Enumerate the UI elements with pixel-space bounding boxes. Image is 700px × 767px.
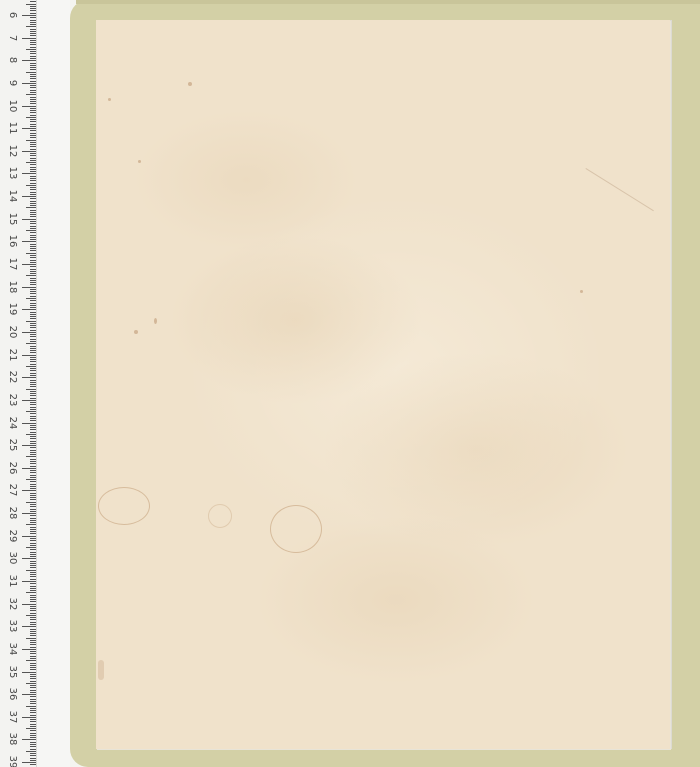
foxing-spot xyxy=(580,290,583,293)
ruler-tick xyxy=(30,282,36,283)
ruler-tick xyxy=(30,690,36,691)
ruler-tick xyxy=(22,490,36,491)
ruler-tick xyxy=(30,472,36,473)
mat-top-edge xyxy=(76,0,700,4)
ruler-tick xyxy=(22,151,36,152)
ruler-tick xyxy=(30,470,36,471)
ruler-tick xyxy=(30,436,36,437)
ruler-tick xyxy=(30,63,36,64)
ruler-tick xyxy=(30,493,36,494)
ruler-tick xyxy=(30,642,36,643)
ruler-label: 12 xyxy=(7,141,17,161)
ruler-tick xyxy=(30,572,36,573)
ruler-tick xyxy=(22,196,36,197)
ruler-tick xyxy=(30,735,36,736)
ruler-tick xyxy=(30,749,36,750)
ruler-tick xyxy=(30,635,36,636)
ruler-tick xyxy=(30,760,36,761)
ruler-tick xyxy=(30,33,36,34)
ruler-tick xyxy=(26,434,36,435)
ruler-tick xyxy=(22,558,36,559)
ruler-tick xyxy=(30,438,36,439)
ruler-tick xyxy=(30,135,36,136)
ruler-tick xyxy=(30,262,36,263)
ruler-tick xyxy=(22,355,36,356)
ruler-tick xyxy=(30,696,36,697)
ruler-tick xyxy=(30,352,36,353)
ruler-tick xyxy=(30,266,36,267)
ruler-label: 30 xyxy=(7,548,17,568)
ruler-tick xyxy=(30,164,36,165)
foxing-spot xyxy=(188,82,192,86)
ruler-label: 39 xyxy=(7,752,17,767)
ruler-tick xyxy=(30,708,36,709)
ruler-tick xyxy=(30,158,36,159)
ruler-tick xyxy=(30,325,36,326)
ruler-tick xyxy=(26,162,36,163)
ruler-label: 20 xyxy=(7,322,17,342)
ruler-tick xyxy=(30,463,36,464)
ruler-tick xyxy=(30,540,36,541)
ruler-label: 33 xyxy=(7,616,17,636)
ruler-tick xyxy=(30,246,36,247)
ruler-tick xyxy=(30,81,36,82)
ruler-tick xyxy=(30,1,36,2)
ruler-tick xyxy=(22,400,36,401)
ruler-tick xyxy=(30,710,36,711)
ruler-tick xyxy=(30,171,36,172)
ruler-tick xyxy=(30,601,36,602)
ruler-tick xyxy=(22,264,36,265)
ruler-tick xyxy=(26,592,36,593)
ruler-tick xyxy=(30,115,36,116)
ruler-tick xyxy=(30,699,36,700)
ruler-tick xyxy=(30,237,36,238)
ruler-tick xyxy=(30,40,36,41)
ruler-tick xyxy=(30,758,36,759)
ruler-tick xyxy=(22,762,36,763)
ruler-tick xyxy=(22,739,36,740)
ruler-tick xyxy=(30,531,36,532)
ruler-tick xyxy=(30,194,36,195)
ruler-tick xyxy=(30,687,36,688)
ruler-tick xyxy=(26,479,36,480)
ruler-tick xyxy=(30,271,36,272)
ruler-tick xyxy=(30,291,36,292)
ruler-tick xyxy=(22,626,36,627)
ruler-tick xyxy=(30,108,36,109)
ruler-tick xyxy=(30,201,36,202)
ruler-tick xyxy=(30,504,36,505)
ruler-tick xyxy=(30,755,36,756)
ruler-tick xyxy=(30,644,36,645)
ruler-tick xyxy=(30,452,36,453)
ruler-tick xyxy=(30,149,36,150)
ruler-tick xyxy=(30,441,36,442)
ruler-tick xyxy=(30,658,36,659)
ruler-tick xyxy=(30,484,36,485)
ruler-tick xyxy=(30,232,36,233)
ruler-tick xyxy=(30,312,36,313)
ruler-tick xyxy=(30,398,36,399)
ruler-tick xyxy=(30,260,36,261)
ruler-tick xyxy=(30,307,36,308)
ruler-tick xyxy=(30,189,36,190)
ruler-tick xyxy=(30,78,36,79)
water-stain-ring xyxy=(98,487,150,525)
ruler-tick xyxy=(30,459,36,460)
ruler-tick xyxy=(30,269,36,270)
ruler-tick xyxy=(30,214,36,215)
ruler-tick xyxy=(30,336,36,337)
ruler-tick xyxy=(22,377,36,378)
ruler-tick xyxy=(26,547,36,548)
measuring-ruler: 6789101112131415161718192021222324252627… xyxy=(0,0,37,767)
ruler-tick xyxy=(30,144,36,145)
ruler-tick xyxy=(30,529,36,530)
ruler-tick xyxy=(26,638,36,639)
ruler-tick xyxy=(30,764,36,765)
ruler-tick xyxy=(30,226,36,227)
ruler-tick xyxy=(26,298,36,299)
ruler-label: 6 xyxy=(7,5,17,25)
ruler-tick xyxy=(30,169,36,170)
ruler-tick xyxy=(30,692,36,693)
ruler-tick xyxy=(30,545,36,546)
foxing-spot xyxy=(138,160,141,163)
foxing-spot xyxy=(134,330,138,334)
ruler-tick xyxy=(30,273,36,274)
ruler-tick xyxy=(30,574,36,575)
ruler-tick xyxy=(30,300,36,301)
ruler-tick xyxy=(30,497,36,498)
ruler-tick xyxy=(30,404,36,405)
ruler-tick xyxy=(30,330,36,331)
ruler-tick xyxy=(30,155,36,156)
ruler-tick xyxy=(30,538,36,539)
ruler-tick xyxy=(22,717,36,718)
ruler-tick xyxy=(30,617,36,618)
ruler-tick xyxy=(30,314,36,315)
ruler-tick xyxy=(26,728,36,729)
ruler-tick xyxy=(30,475,36,476)
ruler-tick xyxy=(30,726,36,727)
ruler-tick xyxy=(30,631,36,632)
ruler-tick xyxy=(26,343,36,344)
ruler-label: 16 xyxy=(7,231,17,251)
ruler-tick xyxy=(30,293,36,294)
ruler-tick xyxy=(30,640,36,641)
ruler-tick xyxy=(30,703,36,704)
ruler-tick xyxy=(30,69,36,70)
ruler-tick xyxy=(30,590,36,591)
ruler-label: 27 xyxy=(7,480,17,500)
ruler-tick xyxy=(22,38,36,39)
ruler-tick xyxy=(30,126,36,127)
ruler-label: 36 xyxy=(7,684,17,704)
ruler-tick xyxy=(26,321,36,322)
ruler-label: 25 xyxy=(7,435,17,455)
ruler-tick xyxy=(30,359,36,360)
ruler-label: 22 xyxy=(7,367,17,387)
ruler-tick xyxy=(30,375,36,376)
ruler-tick xyxy=(30,402,36,403)
ruler-tick xyxy=(30,466,36,467)
ruler-tick xyxy=(30,674,36,675)
ruler-tick xyxy=(30,737,36,738)
ruler-tick xyxy=(30,280,36,281)
ruler-tick xyxy=(30,99,36,100)
ruler-tick xyxy=(30,567,36,568)
ruler-tick xyxy=(22,604,36,605)
ruler-tick xyxy=(30,142,36,143)
ruler-tick xyxy=(30,65,36,66)
ruler-tick xyxy=(30,17,36,18)
ruler-label: 31 xyxy=(7,571,17,591)
ruler-tick xyxy=(30,579,36,580)
ruler-tick xyxy=(30,461,36,462)
ruler-tick xyxy=(30,454,36,455)
ruler-tick xyxy=(30,588,36,589)
ruler-tick xyxy=(30,583,36,584)
ruler-tick xyxy=(30,176,36,177)
ruler-tick xyxy=(30,667,36,668)
ruler-tick xyxy=(30,133,36,134)
ruler-label: 10 xyxy=(7,96,17,116)
ruler-tick xyxy=(22,60,36,61)
ruler-tick xyxy=(26,570,36,571)
ruler-tick xyxy=(26,275,36,276)
ruler-tick xyxy=(30,719,36,720)
water-stain-ring xyxy=(208,504,232,528)
ruler-tick xyxy=(30,87,36,88)
ruler-tick xyxy=(30,10,36,11)
ruler-tick xyxy=(30,192,36,193)
scanner-background xyxy=(37,0,70,767)
ruler-tick xyxy=(30,112,36,113)
ruler-tick xyxy=(30,561,36,562)
ruler-tick xyxy=(30,518,36,519)
ruler-tick xyxy=(30,183,36,184)
foxing-spot xyxy=(98,660,104,680)
ruler-tick xyxy=(30,450,36,451)
ruler-tick xyxy=(30,235,36,236)
ruler-tick xyxy=(30,341,36,342)
ruler-tick xyxy=(22,128,36,129)
ruler-tick xyxy=(30,712,36,713)
ruler-tick xyxy=(30,178,36,179)
ruler-tick xyxy=(30,384,36,385)
ruler-tick xyxy=(30,56,36,57)
ruler-tick xyxy=(22,536,36,537)
ruler-tick xyxy=(30,685,36,686)
ruler-tick xyxy=(22,83,36,84)
ruler-tick xyxy=(30,97,36,98)
ruler-tick xyxy=(30,244,36,245)
ruler-tick xyxy=(30,250,36,251)
ruler-label: 24 xyxy=(7,413,17,433)
ruler-tick xyxy=(30,212,36,213)
ruler-tick xyxy=(30,447,36,448)
ruler-label: 15 xyxy=(7,209,17,229)
ruler-tick xyxy=(30,35,36,36)
ruler-tick xyxy=(30,527,36,528)
ruler-tick xyxy=(30,533,36,534)
ruler-tick xyxy=(26,524,36,525)
ruler-tick xyxy=(22,106,36,107)
ruler-tick xyxy=(30,678,36,679)
ruler-tick xyxy=(30,742,36,743)
ruler-tick xyxy=(30,443,36,444)
ruler-tick xyxy=(30,153,36,154)
ruler-tick xyxy=(30,391,36,392)
ruler-tick xyxy=(30,565,36,566)
ruler-tick xyxy=(30,409,36,410)
ruler-tick xyxy=(30,744,36,745)
ruler-tick xyxy=(30,382,36,383)
ruler-tick xyxy=(30,305,36,306)
ruler-tick xyxy=(30,610,36,611)
ruler-tick xyxy=(30,629,36,630)
ruler-tick xyxy=(30,364,36,365)
ruler-tick xyxy=(26,366,36,367)
ruler-label: 37 xyxy=(7,707,17,727)
ruler-tick xyxy=(30,608,36,609)
ruler-tick xyxy=(30,509,36,510)
ruler-tick xyxy=(30,522,36,523)
ruler-tick xyxy=(30,180,36,181)
ruler-tick xyxy=(30,121,36,122)
ruler-tick xyxy=(26,185,36,186)
ruler-tick xyxy=(30,160,36,161)
ruler-tick xyxy=(30,257,36,258)
ruler-tick xyxy=(26,140,36,141)
ruler-tick xyxy=(30,42,36,43)
foxing-spot xyxy=(154,318,157,324)
ruler-tick xyxy=(30,20,36,21)
ruler-tick xyxy=(30,549,36,550)
ruler-label: 34 xyxy=(7,639,17,659)
ruler-tick xyxy=(30,53,36,54)
ruler-tick xyxy=(30,221,36,222)
ruler-tick xyxy=(30,323,36,324)
ruler-tick xyxy=(30,205,36,206)
ruler-tick xyxy=(30,554,36,555)
ruler-tick xyxy=(30,303,36,304)
ruler-tick xyxy=(30,556,36,557)
ruler-tick xyxy=(22,173,36,174)
ruler-tick xyxy=(30,506,36,507)
ruler-tick xyxy=(30,427,36,428)
ruler-tick xyxy=(30,413,36,414)
ruler-tick xyxy=(30,606,36,607)
ruler-tick xyxy=(30,76,36,77)
ruler-label: 38 xyxy=(7,729,17,749)
ruler-label: 14 xyxy=(7,186,17,206)
ruler-tick xyxy=(30,488,36,489)
ruler-label: 26 xyxy=(7,458,17,478)
ruler-tick xyxy=(30,296,36,297)
ruler-label: 9 xyxy=(7,73,17,93)
ruler-tick xyxy=(30,370,36,371)
ruler-tick xyxy=(26,706,36,707)
water-stain-ring xyxy=(270,505,322,553)
ruler-tick xyxy=(30,647,36,648)
ruler-tick xyxy=(30,429,36,430)
ruler-tick xyxy=(30,481,36,482)
ruler-tick xyxy=(30,92,36,93)
ruler-tick xyxy=(22,513,36,514)
ruler-tick xyxy=(30,663,36,664)
ruler-tick xyxy=(22,649,36,650)
ruler-tick xyxy=(30,721,36,722)
ruler-tick xyxy=(30,167,36,168)
ruler-tick xyxy=(30,715,36,716)
paper-page xyxy=(96,20,670,749)
ruler-tick xyxy=(26,456,36,457)
ruler-tick xyxy=(26,253,36,254)
ruler-tick xyxy=(26,49,36,50)
ruler-label: 32 xyxy=(7,594,17,614)
ruler-tick xyxy=(30,499,36,500)
ruler-tick xyxy=(30,90,36,91)
ruler-tick xyxy=(30,619,36,620)
ruler-tick xyxy=(30,597,36,598)
ruler-tick xyxy=(22,672,36,673)
ruler-tick xyxy=(30,486,36,487)
foxing-spot xyxy=(108,98,111,101)
ruler-tick xyxy=(30,278,36,279)
ruler-tick xyxy=(26,94,36,95)
ruler-tick xyxy=(26,207,36,208)
ruler-tick xyxy=(30,576,36,577)
ruler-tick xyxy=(30,543,36,544)
ruler-tick xyxy=(22,309,36,310)
ruler-label: 18 xyxy=(7,277,17,297)
ruler-tick xyxy=(30,418,36,419)
ruler-tick xyxy=(22,468,36,469)
ruler-tick xyxy=(30,380,36,381)
ruler-tick xyxy=(22,219,36,220)
ruler-tick xyxy=(30,13,36,14)
ruler-tick xyxy=(30,223,36,224)
ruler-tick xyxy=(30,44,36,45)
ruler-tick xyxy=(30,552,36,553)
ruler-tick xyxy=(30,130,36,131)
ruler-tick xyxy=(30,203,36,204)
ruler-tick xyxy=(26,615,36,616)
ruler-tick xyxy=(30,110,36,111)
ruler-tick xyxy=(30,47,36,48)
ruler-label: 21 xyxy=(7,345,17,365)
ruler-tick xyxy=(30,676,36,677)
ruler-tick xyxy=(30,733,36,734)
ruler-tick xyxy=(30,477,36,478)
ruler-tick xyxy=(26,411,36,412)
ruler-tick xyxy=(30,386,36,387)
ruler-tick xyxy=(30,198,36,199)
ruler-tick xyxy=(30,255,36,256)
ruler-tick xyxy=(30,339,36,340)
ruler-tick xyxy=(30,216,36,217)
ruler-label: 17 xyxy=(7,254,17,274)
ruler-tick xyxy=(26,26,36,27)
ruler-tick xyxy=(30,119,36,120)
ruler-tick xyxy=(30,563,36,564)
ruler-tick xyxy=(30,633,36,634)
ruler-label: 13 xyxy=(7,163,17,183)
ruler-tick xyxy=(26,660,36,661)
